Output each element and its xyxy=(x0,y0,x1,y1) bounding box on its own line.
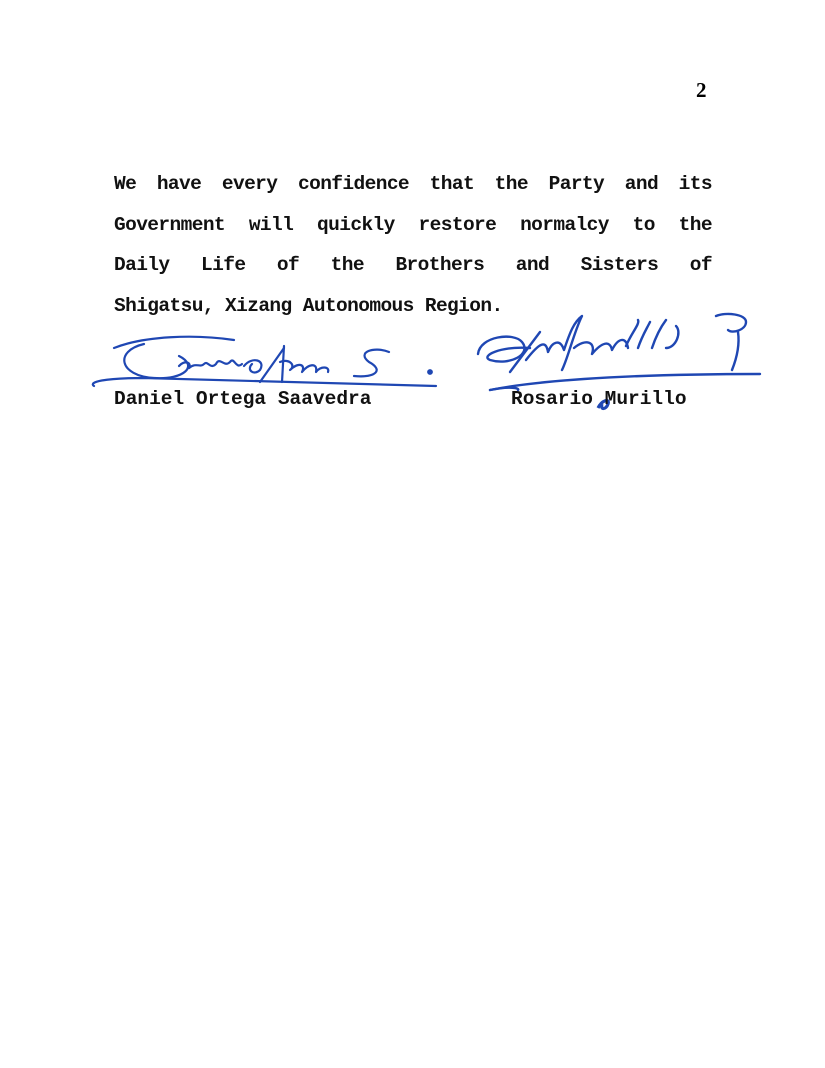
paragraph-line: Daily Life of the Brothers and Sisters o… xyxy=(114,245,712,286)
signatory-name: Rosario Murillo xyxy=(511,388,687,410)
page-number: 2 xyxy=(696,78,707,103)
paragraph-line: Government will quickly restore normalcy… xyxy=(114,205,712,246)
paragraph-line: We have every confidence that the Party … xyxy=(114,164,712,205)
paragraph-line: Shigatsu, Xizang Autonomous Region. xyxy=(114,286,712,327)
document-page: 2 We have every confidence that the Part… xyxy=(0,0,825,1068)
signatory-name: Daniel Ortega Saavedra xyxy=(114,388,371,410)
body-paragraph: We have every confidence that the Party … xyxy=(114,164,712,326)
